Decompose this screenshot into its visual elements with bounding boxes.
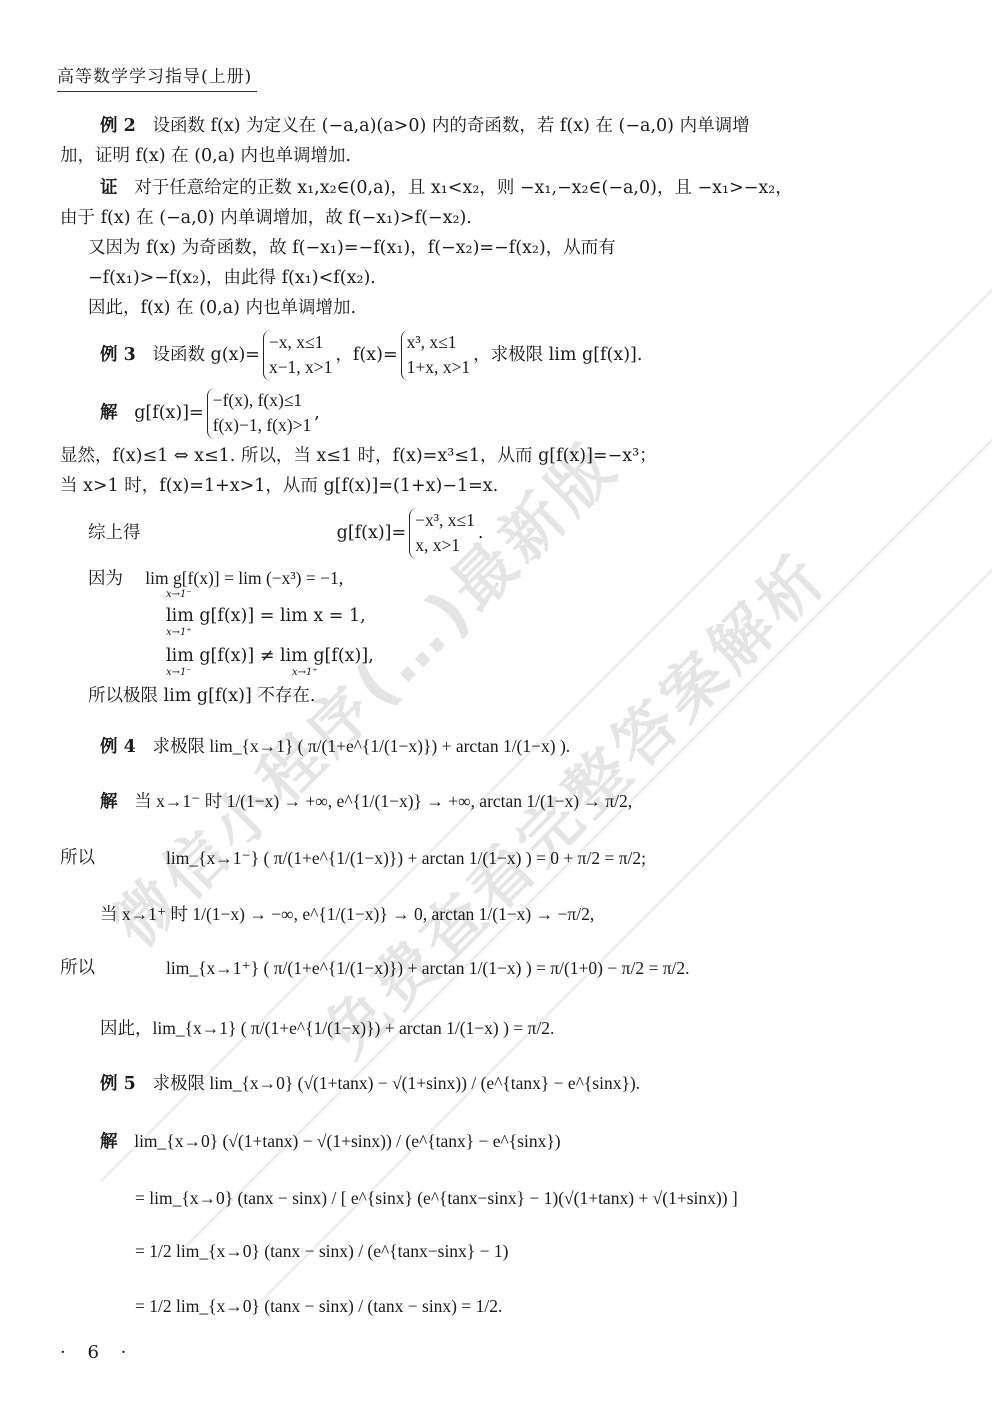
- example5-solution-step2: = lim_{x→0} (tanx − sinx) / [ e^{sinx} (…: [135, 1190, 738, 1208]
- proof-label: 证: [100, 178, 118, 198]
- example4-solution-line3: 当 x→1⁺ 时 1/(1−x) → −∞, e^{1/(1−x)} → 0, …: [100, 906, 594, 924]
- case: −x³, x≤1: [415, 508, 475, 533]
- running-header: 高等数学学习指导(上册): [57, 62, 257, 92]
- piecewise-gf: −f(x), f(x)≤1f(x)−1, f(x)>1: [207, 388, 311, 439]
- case: 1+x, x>1: [407, 355, 471, 380]
- example2-problem-line1: 例 2 设函数 f(x) 为定义在 (−a,a)(a>0) 内的奇函数，若 f(…: [100, 118, 750, 136]
- example5-problem: 例 5 求极限 lim_{x→0} (√(1+tanx) − √(1+sinx)…: [100, 1075, 640, 1094]
- example3-summary: 综上得 g[f(x)]=−x³, x≤1x, x>1.: [88, 508, 484, 559]
- example3-conclusion: 所以极限 lim g[f(x)] 不存在.: [88, 688, 315, 706]
- math: lim g[f(x)] = lim (−x³) = −1,: [145, 568, 343, 588]
- problem-text: 设函数 f(x) 为定义在 (−a,a)(a>0) 内的奇函数，若 f(x) 在…: [152, 116, 749, 136]
- case: −x, x≤1: [269, 330, 333, 355]
- so-label: 所以: [60, 850, 95, 868]
- piecewise-g: −x, x≤1x−1, x>1: [263, 330, 333, 381]
- example3-solution-line3: 当 x>1 时，f(x)=1+x>1，从而 g[f(x)]=(1+x)−1=x.: [60, 478, 498, 496]
- example-label: 例 3: [100, 345, 136, 365]
- proof-text: 对于任意给定的正数 x₁,x₂∈(0,a)，且 x₁<x₂，则 −x₁,−x₂∈…: [134, 178, 793, 198]
- problem-text: ，f(x)=: [335, 345, 397, 365]
- lim-subscript: x→1⁺: [166, 628, 192, 638]
- example4-solution-line2: lim_{x→1⁻} ( π/(1+e^{1/(1−x)}) + arctan …: [166, 850, 646, 868]
- example-label: 例 5: [100, 1074, 136, 1094]
- example3-solution-line2: 显然，f(x)≤1 ⇔ x≤1. 所以，当 x≤1 时，f(x)=x³≤1，从而…: [60, 448, 657, 466]
- math: g[f(x)]=: [134, 403, 204, 423]
- example3-solution-line1: 解 g[f(x)]=−f(x), f(x)≤1f(x)−1, f(x)>1,: [100, 388, 320, 439]
- so-label: 所以: [60, 960, 95, 978]
- case: x−1, x>1: [269, 355, 333, 380]
- example4-solution-line5: 因此，lim_{x→1} ( π/(1+e^{1/(1−x)}) + arcta…: [100, 1020, 554, 1038]
- piecewise-summary: −x³, x≤1x, x>1: [409, 508, 475, 559]
- example5-solution-step3: = 1/2 lim_{x→0} (tanx − sinx) / (e^{tanx…: [135, 1243, 508, 1261]
- lim-subscript: x→1⁺: [292, 668, 318, 678]
- example2-proof-line2: 由于 f(x) 在 (−a,0) 内单调增加，故 f(−x₁)>f(−x₂).: [60, 210, 472, 228]
- because-label: 因为: [88, 569, 123, 589]
- case: x³, x≤1: [407, 330, 471, 355]
- math: 当 x→1⁻ 时 1/(1−x) → +∞, e^{1/(1−x)} → +∞,…: [134, 791, 632, 811]
- example3-limit-line2: lim g[f(x)] = lim x = 1,: [166, 608, 366, 626]
- page-number: · 6 ·: [60, 1342, 134, 1363]
- example3-limit-line3: lim g[f(x)] ≠ lim g[f(x)],: [166, 648, 374, 666]
- math: lim_{x→0} (√(1+tanx) − √(1+sinx)) / (e^{…: [134, 1131, 560, 1151]
- example-label: 例 2: [100, 116, 136, 136]
- case: x, x>1: [415, 533, 475, 558]
- example2-proof-line3: 又因为 f(x) 为奇函数，故 f(−x₁)=−f(x₁)，f(−x₂)=−f(…: [88, 240, 616, 258]
- example2-problem-line2: 加，证明 f(x) 在 (0,a) 内也单调增加.: [60, 148, 351, 166]
- example5-solution-step1: 解 lim_{x→0} (√(1+tanx) − √(1+sinx)) / (e…: [100, 1133, 561, 1152]
- example5-solution-step4: = 1/2 lim_{x→0} (tanx − sinx) / (tanx − …: [135, 1298, 502, 1316]
- problem-text: 求极限 lim_{x→0} (√(1+tanx) − √(1+sinx)) / …: [152, 1073, 640, 1093]
- example2-proof-line1: 证 对于任意给定的正数 x₁,x₂∈(0,a)，且 x₁<x₂，则 −x₁,−x…: [100, 180, 793, 198]
- case: −f(x), f(x)≤1: [213, 388, 311, 413]
- example3-limit-line1: 因为 lim g[f(x)] = lim (−x³) = −1,: [88, 570, 343, 589]
- example4-solution-line4: lim_{x→1⁺} ( π/(1+e^{1/(1−x)}) + arctan …: [166, 960, 690, 978]
- problem-text: 求极限 lim_{x→1} ( π/(1+e^{1/(1−x)}) + arct…: [152, 736, 570, 756]
- example2-proof-line5: 因此，f(x) 在 (0,a) 内也单调增加.: [88, 300, 356, 318]
- math: g[f(x)]=: [337, 523, 407, 543]
- example4-problem: 例 4 求极限 lim_{x→1} ( π/(1+e^{1/(1−x)}) + …: [100, 738, 570, 757]
- problem-text: ，求极限 lim g[f(x)].: [473, 345, 642, 365]
- solution-label: 解: [100, 1132, 118, 1152]
- solution-label: 解: [100, 403, 118, 423]
- example-label: 例 4: [100, 737, 136, 757]
- example4-solution-line1: 解 当 x→1⁻ 时 1/(1−x) → +∞, e^{1/(1−x)} → +…: [100, 793, 632, 812]
- textbook-page: 微信小程序(…)最新版 免费查看完整答案解析 高等数学学习指导(上册) 例 2 …: [0, 0, 992, 1403]
- problem-text: 设函数 g(x)=: [152, 345, 259, 365]
- example3-problem: 例 3 设函数 g(x)=−x, x≤1x−1, x>1，f(x)=x³, x≤…: [100, 330, 642, 381]
- lim-subscript: x→1⁻: [166, 590, 192, 600]
- case: f(x)−1, f(x)>1: [213, 413, 311, 438]
- summary-label: 综上得: [88, 523, 141, 543]
- piecewise-f: x³, x≤11+x, x>1: [401, 330, 471, 381]
- lim-subscript: x→1⁻: [166, 668, 192, 678]
- example2-proof-line4: −f(x₁)>−f(x₂)，由此得 f(x₁)<f(x₂).: [88, 270, 376, 288]
- solution-label: 解: [100, 792, 118, 812]
